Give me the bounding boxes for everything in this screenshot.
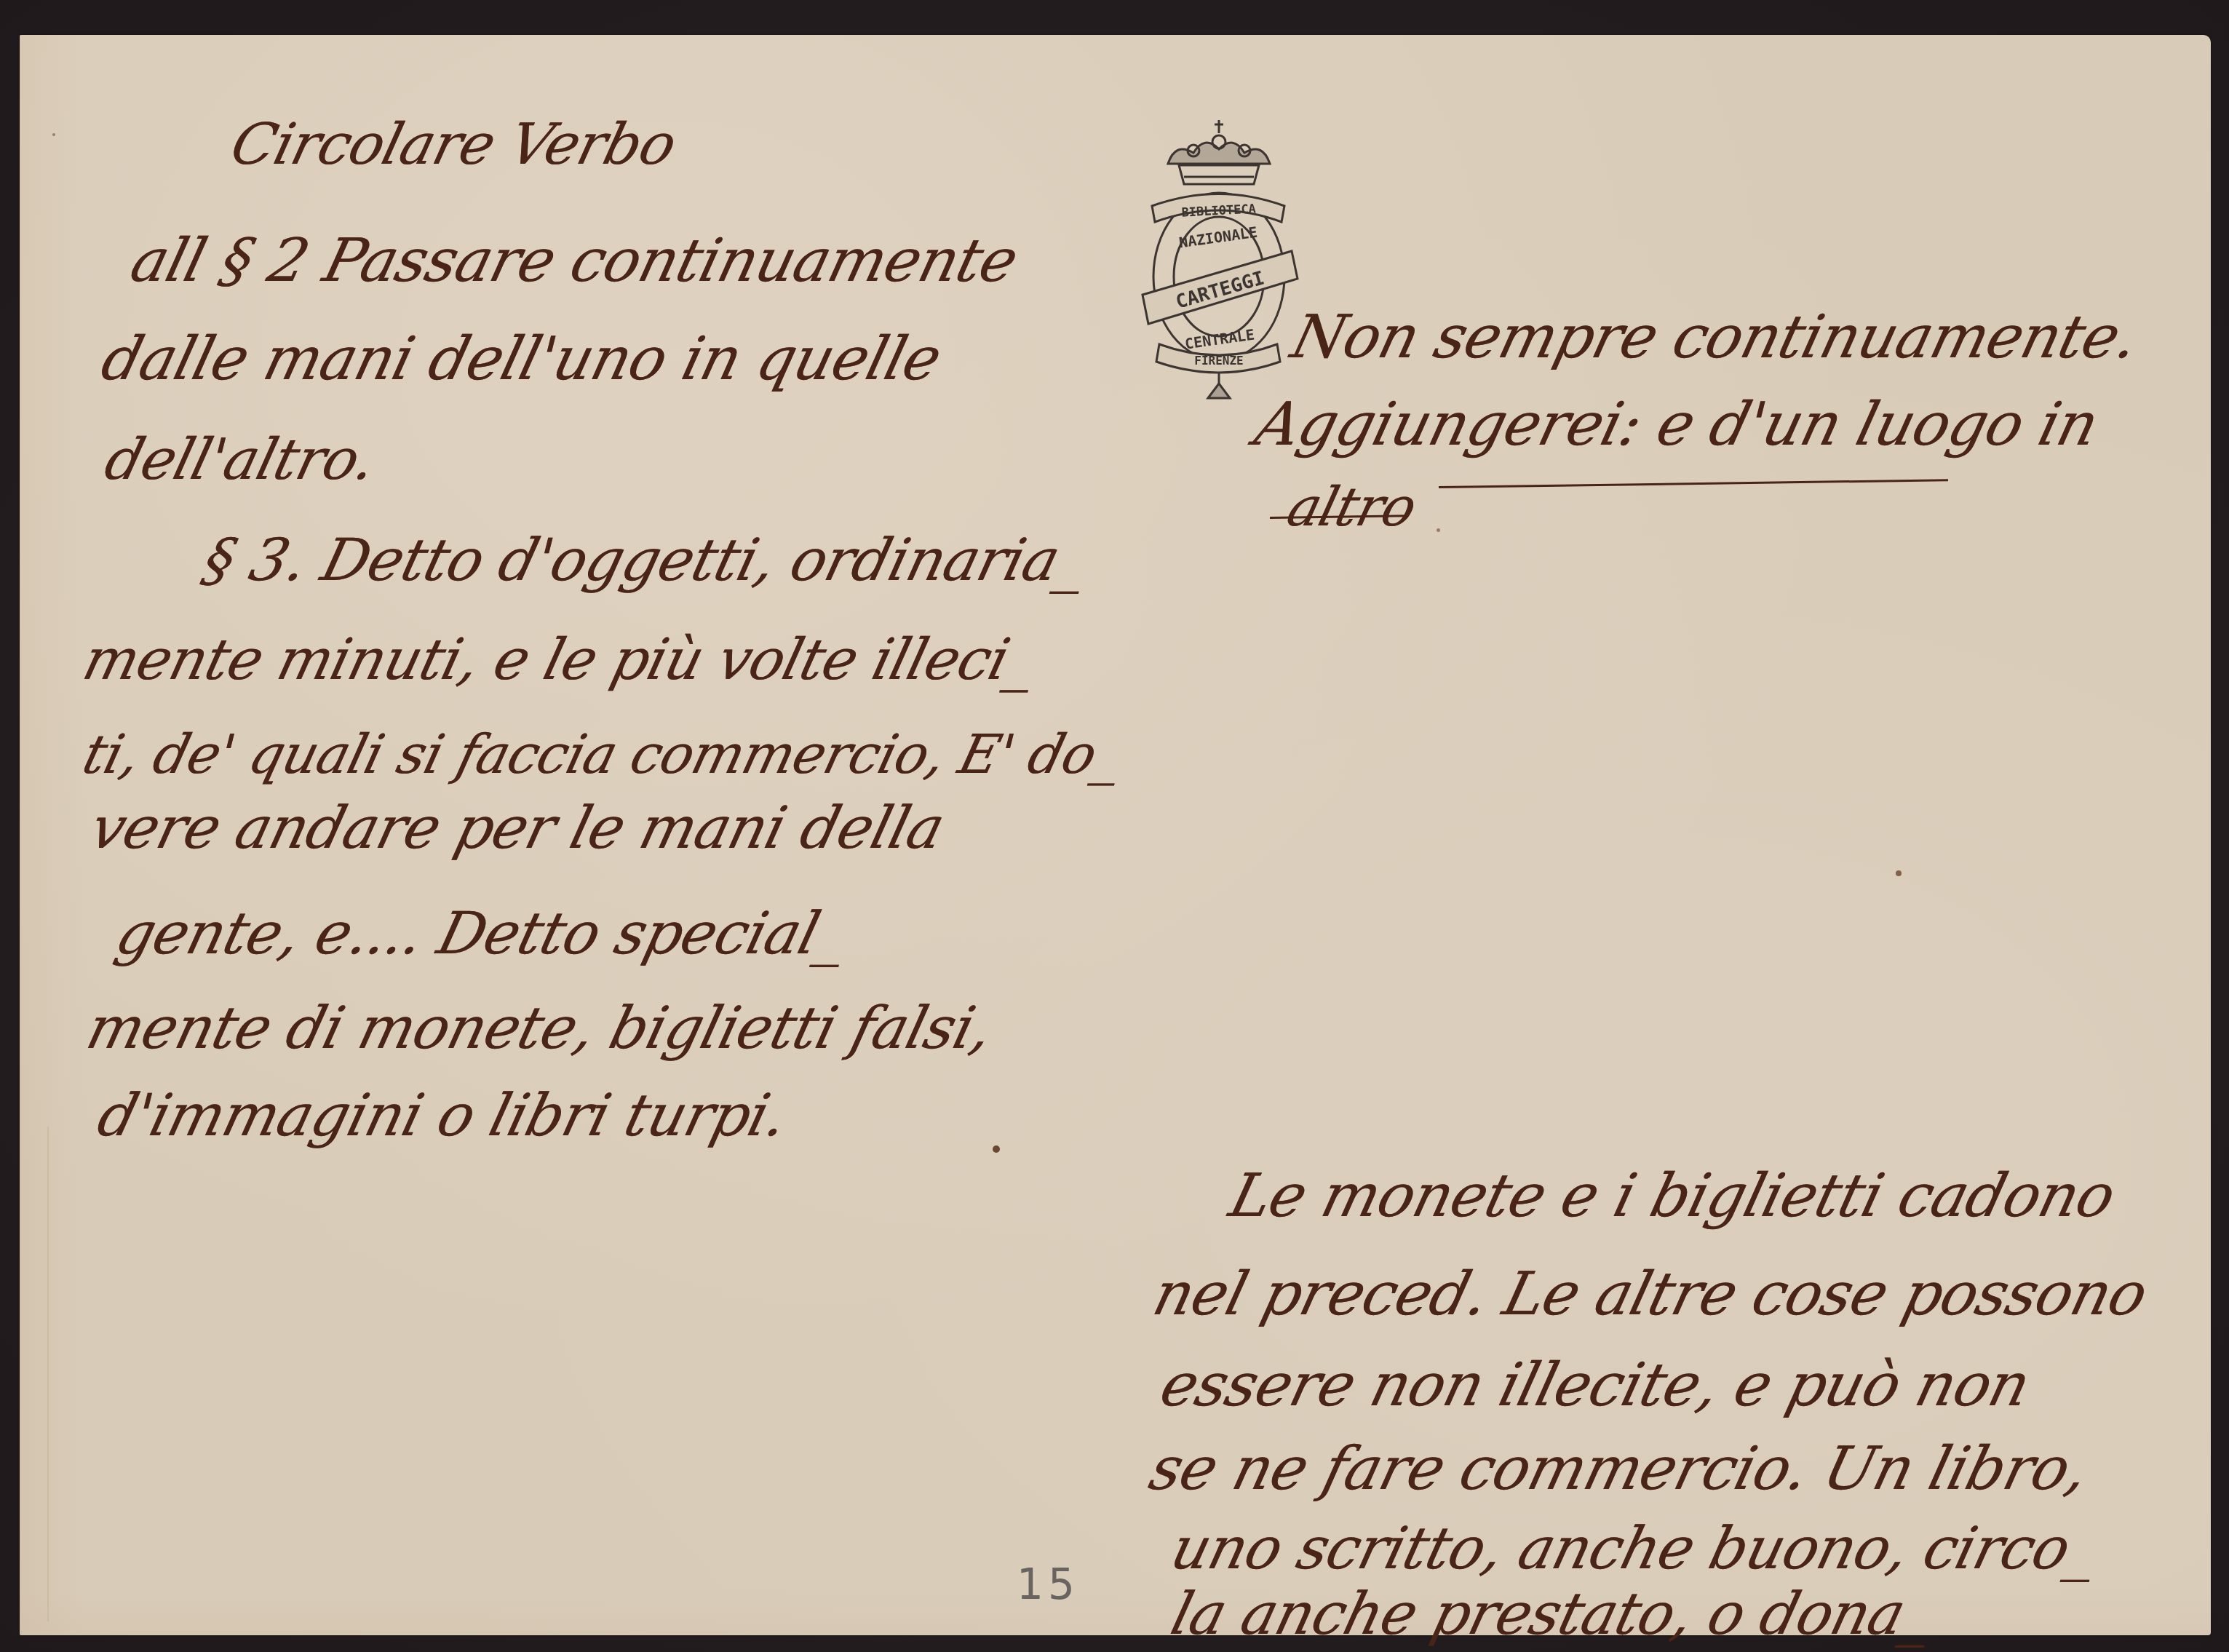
manuscript-line: d'immagini o libri turpi. — [92, 1087, 792, 1145]
manuscript-line: nel preced. Le altre cose possono — [1148, 1265, 2153, 1325]
manuscript-line: vere andare per le mani della — [85, 799, 950, 857]
manuscript-line: uno scritto, anche buono, circo_ — [1166, 1520, 2104, 1578]
manuscript-line: mente minuti, e le più volte illeci_ — [78, 632, 1042, 688]
manuscript-line: ti, de' quali si faccia commercio, E' do… — [78, 728, 1128, 782]
manuscript-line: Le monete e i biglietti cadono — [1224, 1167, 2121, 1226]
note-text: Aggiungerei: e d'un luogo in — [1249, 390, 2105, 459]
manuscript-line: essere non illecite, e può non — [1155, 1356, 2035, 1415]
note-line: altro — [1282, 480, 1421, 534]
library-stamp: BIBLIOTECA NAZIONALE CARTEGGI CENTRALE F… — [1139, 113, 1299, 404]
crown-icon — [1168, 120, 1270, 184]
manuscript-line: § 3. Detto d'oggetti, ordinaria_ — [198, 531, 1093, 589]
manuscript-line: la anche prestato, o dona_ — [1166, 1585, 1939, 1643]
manuscript-line: mente di monete, biglietti falsi, — [82, 999, 998, 1057]
manuscript-line: dell'altro. — [100, 432, 381, 488]
manuscript-line: dalle mani dell'uno in quelle — [96, 330, 947, 389]
svg-text:NAZIONALE: NAZIONALE — [1178, 223, 1259, 252]
manuscript-sheet: Circolare Verbo all § 2 Passare continua… — [20, 35, 2211, 1635]
foxing-spot — [1437, 528, 1440, 532]
manuscript-line: gente, e.... Detto special_ — [111, 905, 854, 963]
document-heading: Circolare Verbo — [226, 116, 681, 173]
paper-crease — [47, 1127, 49, 1621]
foxing-spot — [1896, 870, 1902, 876]
foxing-spot — [52, 133, 55, 136]
note-line: Non sempre continuamente. — [1286, 308, 2144, 368]
svg-text:FIRENZE: FIRENZE — [1194, 354, 1243, 368]
deckle-edge — [20, 35, 71, 1635]
underline-stroke — [1439, 479, 1948, 488]
manuscript-line: all § 2 Passare continuamente — [125, 231, 1023, 291]
svg-text:CENTRALE: CENTRALE — [1184, 325, 1256, 352]
foxing-spot — [993, 1145, 1000, 1153]
note-line: Aggiungerei: e d'un luogo in — [1249, 395, 2104, 455]
manuscript-line: se ne fare commercio. Un libro, — [1144, 1439, 2094, 1499]
page-number: 15 — [1017, 1560, 1079, 1609]
svg-text:BIBLIOTECA: BIBLIOTECA — [1181, 202, 1256, 220]
